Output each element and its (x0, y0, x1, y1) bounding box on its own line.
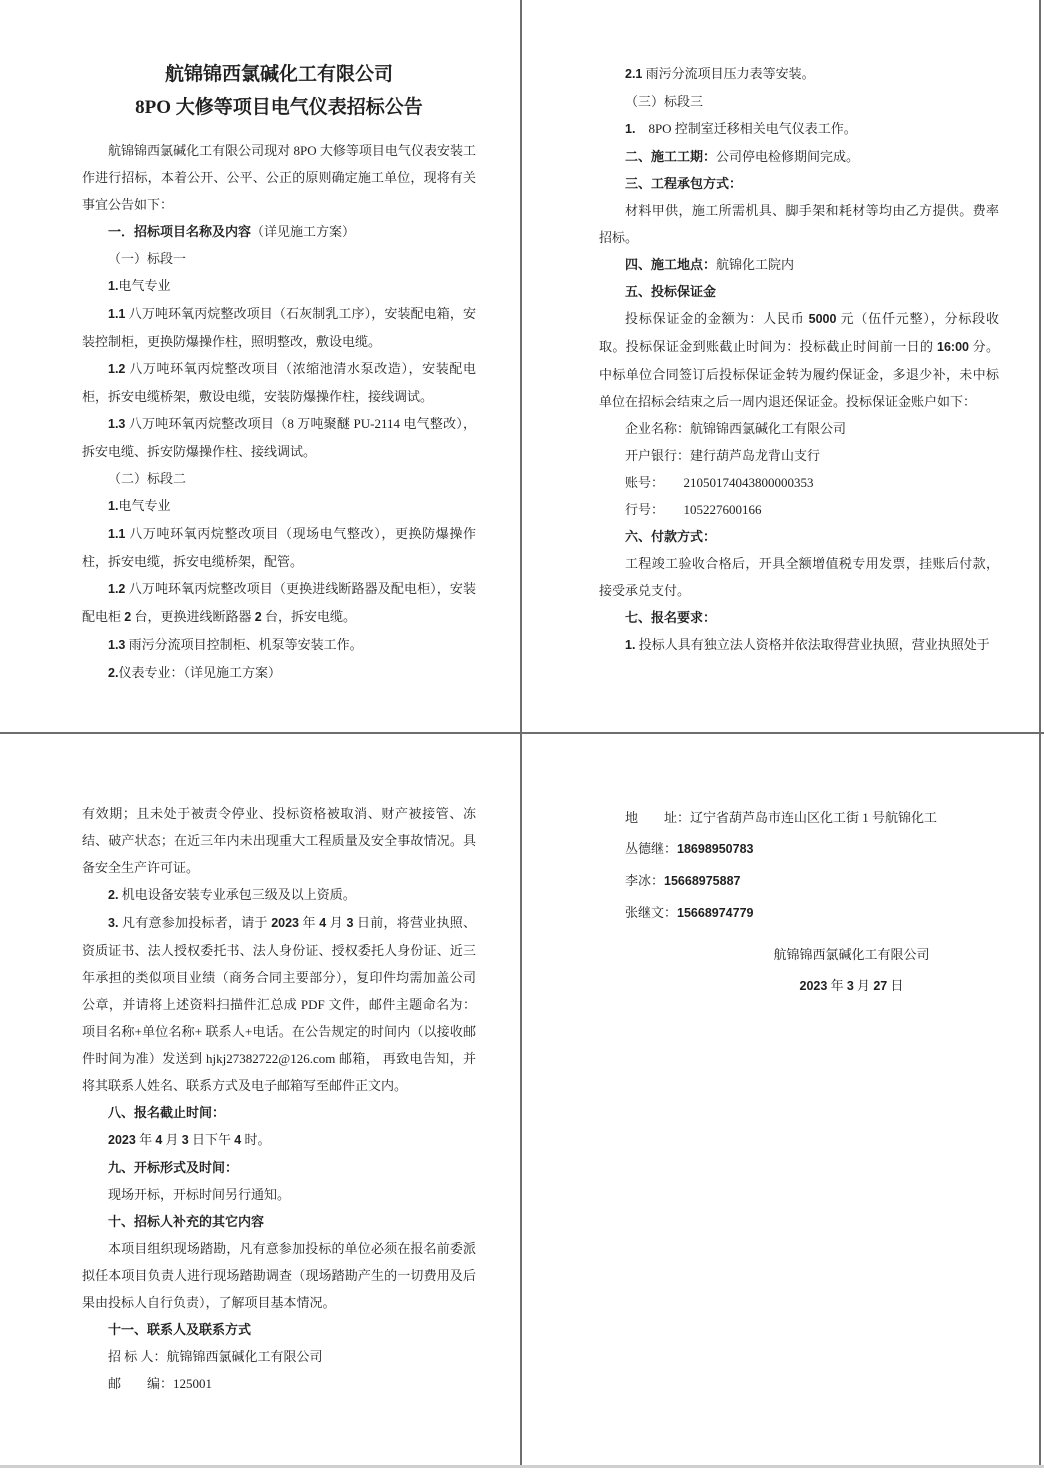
paragraph: 开户银行：建行葫芦岛龙背山支行 (599, 442, 999, 469)
text-run: 行号： 105227600166 (625, 502, 762, 517)
text-run: 年 (827, 978, 847, 993)
paragraph: （一）标段一 (82, 245, 476, 272)
text-run: 四、施工地点： (625, 257, 716, 272)
text-run: 工程竣工验收合格后，开具全额增值税专用发票，挂账后付款，接受承兑支付。 (599, 556, 999, 598)
text-run: 时。 (241, 1132, 270, 1147)
paragraph: 1.电气专业 (82, 492, 476, 520)
text-run: 1. (108, 279, 118, 293)
signature-line: 2023 年 3 月 27 日 (704, 970, 999, 1002)
text-run: 1.2 (108, 582, 125, 596)
text-run: 15668974779 (677, 906, 753, 920)
text-run: 八、报名截止时间： (108, 1105, 225, 1120)
text-run: 8PO 大修等项目电气仪表招标公告 (135, 97, 423, 118)
text-run: 27 (873, 979, 887, 993)
text-run: （详见施工方案） (251, 224, 355, 239)
text-run: 1.3 (108, 638, 125, 652)
paragraph: 丛德继：18698950783 (599, 833, 999, 865)
text-run: 2.1 (625, 67, 642, 81)
text-run: 九、开标形式及时间： (108, 1160, 238, 1175)
text-run: 本项目组织现场踏勘，凡有意参加投标的单位必须在报名前委派拟任本项目负责人进行现场… (82, 1241, 476, 1310)
page-2: 2.1 雨污分流项目压力表等安装。（三）标段三1. 8PO 控制室迁移相关电气仪… (599, 60, 999, 728)
text-run: 八万吨环氧丙烷整改项目（浓缩池清水泵改造），安装配电柜，拆安电缆桥架，敷设电缆，… (82, 361, 476, 404)
paragraph: 三、工程承包方式： (599, 170, 999, 197)
paragraph: 1.1 八万吨环氧丙烷整改项目（石灰制乳工序），安装配电箱，安装控制柜，更换防爆… (82, 300, 476, 355)
text-run: 一．招标项目名称及内容 (108, 224, 251, 239)
paragraph: 1.3 八万吨环氧丙烷整改项目（8 万吨聚醚 PU-2114 电气整改），拆安电… (82, 410, 476, 465)
paragraph: 投标保证金的金额为：人民币 5000 元（伍仟元整），分标段收取。投标保证金到账… (599, 305, 999, 415)
text-run: 月 (326, 915, 346, 930)
paragraph: 十一、联系人及联系方式 (82, 1316, 476, 1343)
text-run: 航锦锦西氯碱化工有限公司 (165, 64, 393, 85)
text-run: 电气专业 (118, 278, 170, 293)
paragraph: 企业名称：航锦锦西氯碱化工有限公司 (599, 415, 999, 442)
text-run: 账号： 21050174043800000353 (625, 475, 814, 490)
paragraph: 1. 8PO 控制室迁移相关电气仪表工作。 (599, 115, 999, 143)
paragraph: 邮 编：125001 (82, 1370, 476, 1397)
paragraph: 四、施工地点：航锦化工院内 (599, 251, 999, 278)
text-run: 投标保证金的金额为：人民币 (625, 311, 809, 326)
paragraph: 现场开标，开标时间另行通知。 (82, 1181, 476, 1208)
text-run: 8PO 控制室迁移相关电气仪表工作。 (635, 121, 856, 136)
paragraph: 2. 机电设备安装专业承包三级及以上资质。 (82, 881, 476, 909)
paragraph: 有效期；且未处于被责令停业、投标资格被取消、财产被接管、冻结、破产状态；在近三年… (82, 800, 476, 881)
paragraph: 十、招标人补充的其它内容 (82, 1208, 476, 1235)
text-run: 电气专业 (118, 498, 170, 513)
paragraph: 九、开标形式及时间： (82, 1154, 476, 1181)
paragraph: 账号： 21050174043800000353 (599, 469, 999, 496)
text-run: 邮 编：125001 (108, 1376, 212, 1391)
text-run: 月 (854, 978, 874, 993)
paragraph: 1.3 雨污分流项目控制柜、机泵等安装工作。 (82, 631, 476, 659)
paragraph: 七、报名要求： (599, 604, 999, 631)
text-run: 2023 (108, 1133, 136, 1147)
page-divider-horizontal (0, 732, 1044, 734)
text-run: 雨污分流项目压力表等安装。 (642, 66, 814, 81)
text-run: 月 (162, 1132, 182, 1147)
paragraph: 2.1 雨污分流项目压力表等安装。 (599, 60, 999, 88)
paragraph: 航锦锦西氯碱化工有限公司现对 8PO 大修等项目电气仪表安装工作进行招标，本着公… (82, 137, 476, 218)
text-run: 2. (108, 666, 118, 680)
text-run: 六、付款方式： (625, 529, 716, 544)
text-run: 三、工程承包方式： (625, 176, 742, 191)
text-run: 台，更换进线断路器 (131, 609, 255, 624)
text-run: 年 (136, 1132, 156, 1147)
text-run: 2023 (271, 916, 299, 930)
paragraph: 二、施工工期：公司停电检修期间完成。 (599, 143, 999, 170)
text-run: 现场开标，开标时间另行通知。 (108, 1187, 290, 1202)
text-run: （二）标段二 (108, 471, 186, 486)
paragraph: 1.2 八万吨环氧丙烷整改项目（更换进线断路器及配电柜），安装配电柜 2 台，更… (82, 575, 476, 631)
text-run: 雨污分流项目控制柜、机泵等安装工作。 (125, 637, 362, 652)
paragraph: 张继文：15668974779 (599, 897, 999, 929)
paragraph: 2023 年 4 月 3 日下午 4 时。 (82, 1126, 476, 1154)
text-run: 张继文： (625, 905, 677, 920)
text-run: 台，拆安电缆。 (262, 609, 356, 624)
text-run: 八万吨环氧丙烷整改项目（现场电气整改），更换防爆操作柱，拆安电缆，拆安电缆桥架，… (82, 526, 476, 569)
text-run: 开户银行：建行葫芦岛龙背山支行 (625, 448, 820, 463)
document-canvas: 航锦锦西氯碱化工有限公司8PO 大修等项目电气仪表招标公告航锦锦西氯碱化工有限公… (0, 0, 1044, 1472)
paragraph: 1. 投标人具有独立法人资格并依法取得营业执照，营业执照处于 (599, 631, 999, 659)
paragraph: 本项目组织现场踏勘，凡有意参加投标的单位必须在报名前委派拟任本项目负责人进行现场… (82, 1235, 476, 1316)
page-3: 有效期；且未处于被责令停业、投标资格被取消、财产被接管、冻结、破产状态；在近三年… (82, 800, 476, 1460)
text-run: 1. (108, 499, 118, 513)
text-run: 八万吨环氧丙烷整改项目（8 万吨聚醚 PU-2114 电气整改），拆安电缆、拆安… (82, 416, 476, 459)
text-run: 5000 (809, 312, 837, 326)
text-run: （一）标段一 (108, 251, 186, 266)
paragraph: 李冰：15668975887 (599, 865, 999, 897)
paragraph: 六、付款方式： (599, 523, 999, 550)
paragraph: 材料甲供，施工所需机具、脚手架和耗材等均由乙方提供。费率招标。 (599, 197, 999, 251)
text-run: 15668975887 (664, 874, 740, 888)
text-run: 2023 (800, 979, 828, 993)
text-run: 公司停电检修期间完成。 (716, 149, 859, 164)
text-run: 招 标 人：航锦锦西氯碱化工有限公司 (108, 1349, 323, 1364)
text-run: 丛德继： (625, 841, 677, 856)
text-run: 2 (255, 610, 262, 624)
paragraph: 1.1 八万吨环氧丙烷整改项目（现场电气整改），更换防爆操作柱，拆安电缆，拆安电… (82, 520, 476, 575)
text-run: 八万吨环氧丙烷整改项目（石灰制乳工序），安装配电箱，安装控制柜，更换防爆操作柱，… (82, 306, 476, 349)
text-run: 材料甲供，施工所需机具、脚手架和耗材等均由乙方提供。费率招标。 (599, 203, 999, 245)
text-run: 二、施工工期： (625, 149, 716, 164)
paragraph: 招 标 人：航锦锦西氯碱化工有限公司 (82, 1343, 476, 1370)
text-run: 机电设备安装专业承包三级及以上资质。 (118, 887, 355, 902)
paragraph: （三）标段三 (599, 88, 999, 115)
text-run: 1. (625, 122, 635, 136)
text-run: 投标人具有独立法人资格并依法取得营业执照，营业执照处于 (635, 637, 989, 652)
text-run: 航锦化工院内 (716, 257, 794, 272)
text-run: 李冰： (625, 873, 664, 888)
text-run: 五、投标保证金 (625, 284, 716, 299)
text-run: 十、招标人补充的其它内容 (108, 1214, 264, 1229)
page-1: 航锦锦西氯碱化工有限公司8PO 大修等项目电气仪表招标公告航锦锦西氯碱化工有限公… (82, 58, 476, 728)
text-run: 3 (182, 1133, 189, 1147)
text-run: 仪表专业：（详见施工方案） (118, 665, 281, 680)
paragraph: 3. 凡有意参加投标者，请于 2023 年 4 月 3 日前，将营业执照、资质证… (82, 909, 476, 1099)
page-divider-bottom (0, 1465, 1044, 1468)
text-run: 航锦锦西氯碱化工有限公司 (773, 947, 929, 962)
page-4: 地 址：辽宁省葫芦岛市连山区化工街 1 号航锦化工丛德继：18698950783… (599, 802, 999, 1460)
text-run: 2. (108, 888, 118, 902)
paragraph: 1.2 八万吨环氧丙烷整改项目（浓缩池清水泵改造），安装配电柜，拆安电缆桥架，敷… (82, 355, 476, 410)
paragraph: （二）标段二 (82, 465, 476, 492)
paragraph: 五、投标保证金 (599, 278, 999, 305)
text-run: 1.1 (108, 527, 125, 541)
paragraph: 行号： 105227600166 (599, 496, 999, 523)
text-run: 16:00 (937, 340, 969, 354)
text-run: 18698950783 (677, 842, 753, 856)
document-title-line: 8PO 大修等项目电气仪表招标公告 (82, 91, 476, 124)
text-run: 企业名称：航锦锦西氯碱化工有限公司 (625, 421, 846, 436)
text-run: 年 (299, 915, 319, 930)
paragraph: 工程竣工验收合格后，开具全额增值税专用发票，挂账后付款，接受承兑支付。 (599, 550, 999, 604)
text-run: 1.3 (108, 417, 125, 431)
paragraph: 地 址：辽宁省葫芦岛市连山区化工街 1 号航锦化工 (599, 802, 999, 833)
paragraph: 2.仪表专业：（详见施工方案） (82, 659, 476, 687)
text-run: 日下午 (189, 1132, 235, 1147)
paragraph: 八、报名截止时间： (82, 1099, 476, 1126)
text-run: 日 (887, 978, 903, 993)
text-run: 3 (847, 979, 854, 993)
text-run: 3. (108, 916, 118, 930)
text-run: 十一、联系人及联系方式 (108, 1322, 251, 1337)
text-run: 地 址：辽宁省葫芦岛市连山区化工街 1 号航锦化工 (625, 810, 937, 825)
text-run: （三）标段三 (625, 94, 703, 109)
signature-line: 航锦锦西氯碱化工有限公司 (704, 939, 999, 970)
text-run: 1. (625, 638, 635, 652)
document-title-line: 航锦锦西氯碱化工有限公司 (82, 58, 476, 91)
text-run: 有效期；且未处于被责令停业、投标资格被取消、财产被接管、冻结、破产状态；在近三年… (82, 806, 476, 875)
text-run: 凡有意参加投标者，请于 (118, 915, 271, 930)
text-run: 1.2 (108, 362, 125, 376)
paragraph: 一．招标项目名称及内容（详见施工方案） (82, 218, 476, 245)
paragraph: 1.电气专业 (82, 272, 476, 300)
text-run: 航锦锦西氯碱化工有限公司现对 8PO 大修等项目电气仪表安装工作进行招标，本着公… (82, 143, 476, 212)
text-run: 1.1 (108, 307, 125, 321)
text-run: 七、报名要求： (625, 610, 716, 625)
text-run: 日前，将营业执照、资质证书、法人授权委托书、法人身份证、授权委托人身份证、近三年… (82, 915, 476, 1093)
